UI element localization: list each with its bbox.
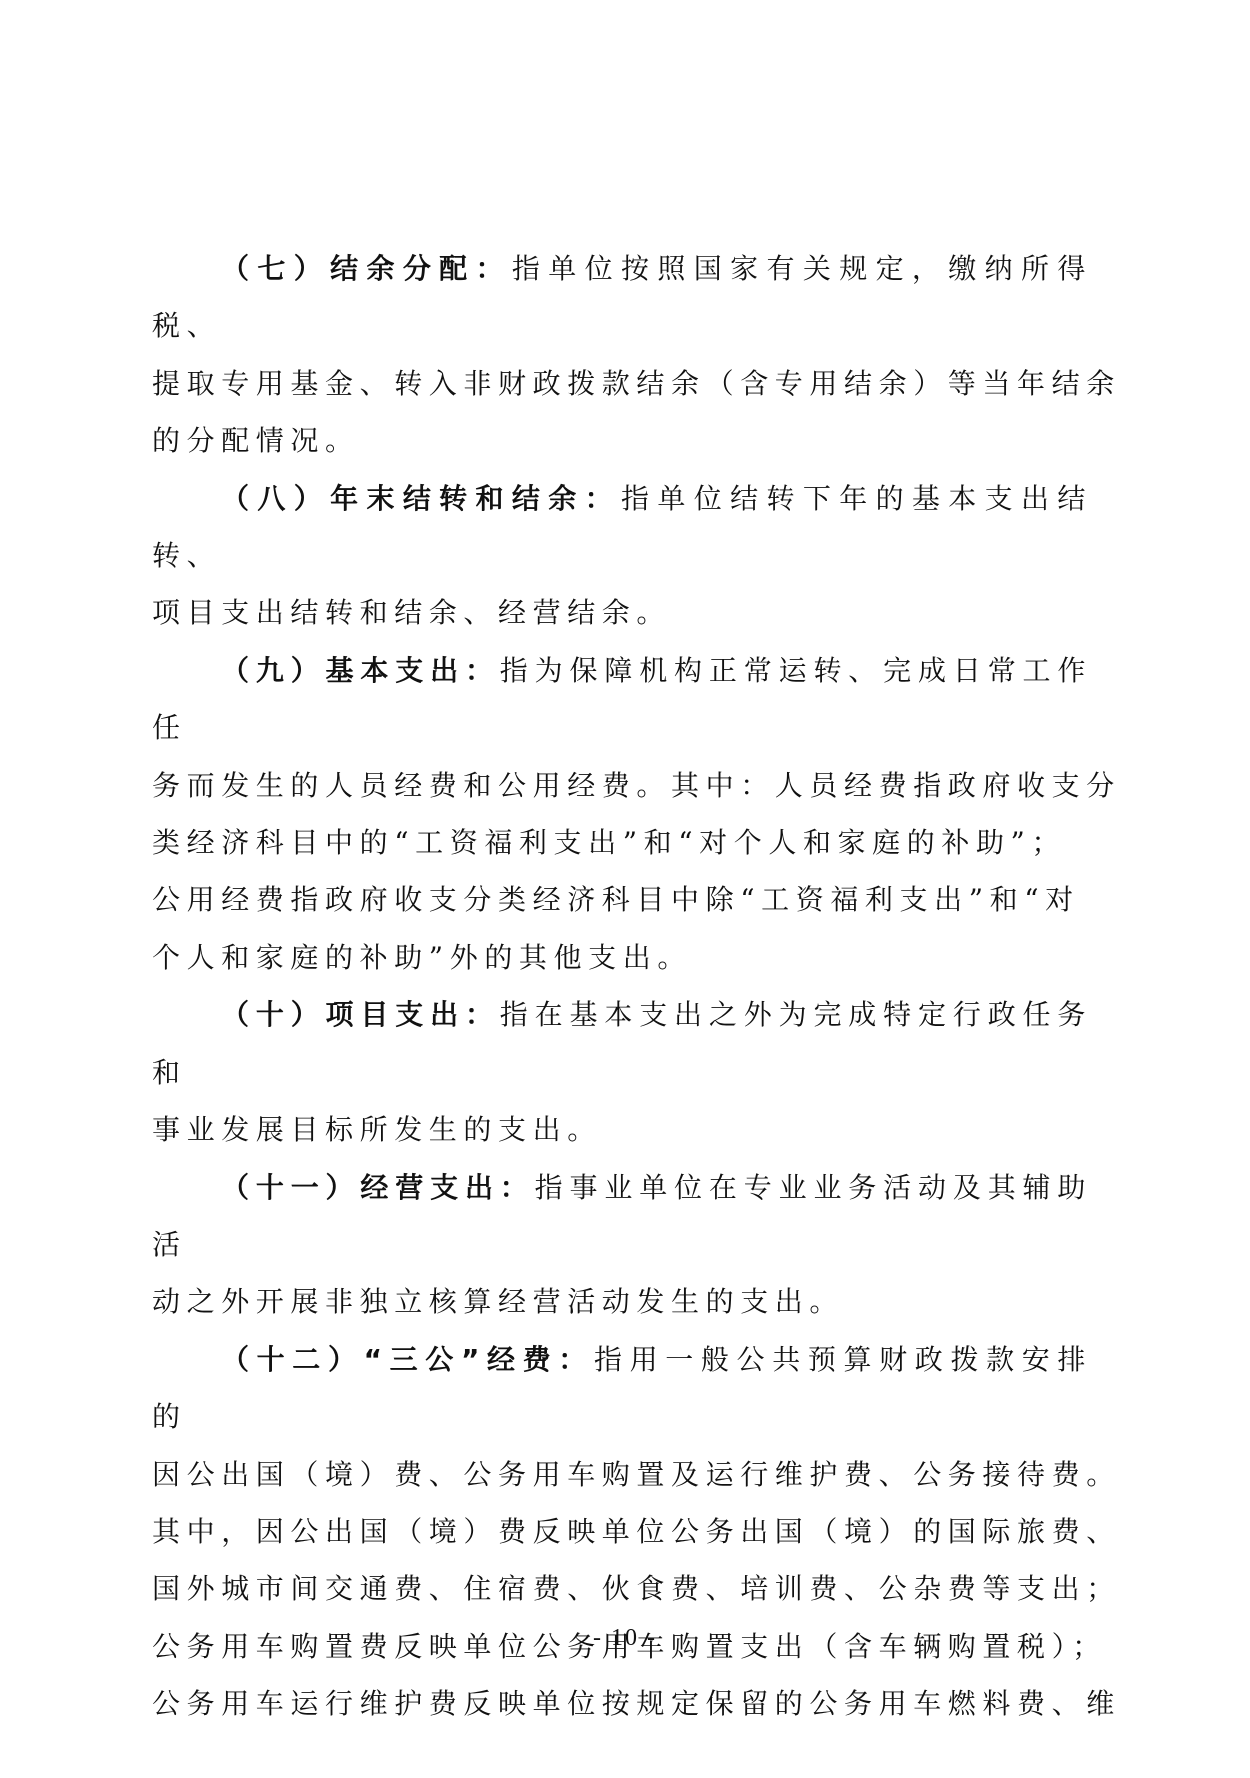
section-term: （十）项目支出： bbox=[221, 998, 500, 1031]
section-text: 的分配情况。 bbox=[83, 412, 1092, 469]
section-text: 项目支出结转和结余、经营结余。 bbox=[83, 584, 1092, 641]
section-surplus-distribution: （七）结余分配：指单位按照国家有关规定，缴纳所得税、提取专用基金、转入非财政拨款… bbox=[152, 240, 1092, 470]
section-text: 公务用车运行维护费反映单位按规定保留的公务用车燃料费、维 bbox=[83, 1675, 1092, 1732]
document-body: （七）结余分配：指单位按照国家有关规定，缴纳所得税、提取专用基金、转入非财政拨款… bbox=[152, 240, 1092, 1733]
section-term: （十二）“三公”经费： bbox=[221, 1343, 594, 1376]
section-term: （七）结余分配： bbox=[221, 252, 512, 285]
section-text: 务而发生的人员经费和公用经费。其中：人员经费指政府收支分 bbox=[83, 757, 1092, 814]
section-term: （九）基本支出： bbox=[221, 654, 500, 687]
section-text: 公用经费指政府收支分类经济科目中除“工资福利支出”和“对 bbox=[83, 871, 1092, 928]
section-text: 事业发展目标所发生的支出。 bbox=[83, 1101, 1092, 1158]
section-term: （十一）经营支出： bbox=[221, 1171, 535, 1204]
section-basic-expenditure: （九）基本支出：指为保障机构正常运转、完成日常工作任务而发生的人员经费和公用经费… bbox=[152, 642, 1092, 986]
section-operating-expenditure: （十一）经营支出：指事业单位在专业业务活动及其辅助活动之外开展非独立核算经营活动… bbox=[152, 1159, 1092, 1331]
section-text: 类经济科目中的“工资福利支出”和“对个人和家庭的补助”； bbox=[83, 814, 1092, 871]
page-number: - 10 - bbox=[0, 1625, 1250, 1652]
section-term: （八）年末结转和结余： bbox=[221, 482, 621, 515]
section-text: 国外城市间交通费、住宿费、伙食费、培训费、公杂费等支出； bbox=[83, 1560, 1092, 1617]
document-page: （七）结余分配：指单位按照国家有关规定，缴纳所得税、提取专用基金、转入非财政拨款… bbox=[0, 0, 1250, 1778]
section-project-expenditure: （十）项目支出：指在基本支出之外为完成特定行政任务和事业发展目标所发生的支出。 bbox=[152, 986, 1092, 1158]
section-text: 其中，因公出国（境）费反映单位公务出国（境）的国际旅费、 bbox=[83, 1503, 1092, 1560]
section-text: 因公出国（境）费、公务用车购置及运行维护费、公务接待费。 bbox=[83, 1446, 1092, 1503]
section-text: 个人和家庭的补助”外的其他支出。 bbox=[83, 929, 1092, 986]
section-text: 提取专用基金、转入非财政拨款结余（含专用结余）等当年结余 bbox=[83, 355, 1092, 412]
section-text: 动之外开展非独立核算经营活动发生的支出。 bbox=[83, 1273, 1092, 1330]
section-three-public-expenses: （十二）“三公”经费：指用一般公共预算财政拨款安排的因公出国（境）费、公务用车购… bbox=[152, 1331, 1092, 1733]
section-year-end-carryover: （八）年末结转和结余：指单位结转下年的基本支出结转、项目支出结转和结余、经营结余… bbox=[152, 470, 1092, 642]
